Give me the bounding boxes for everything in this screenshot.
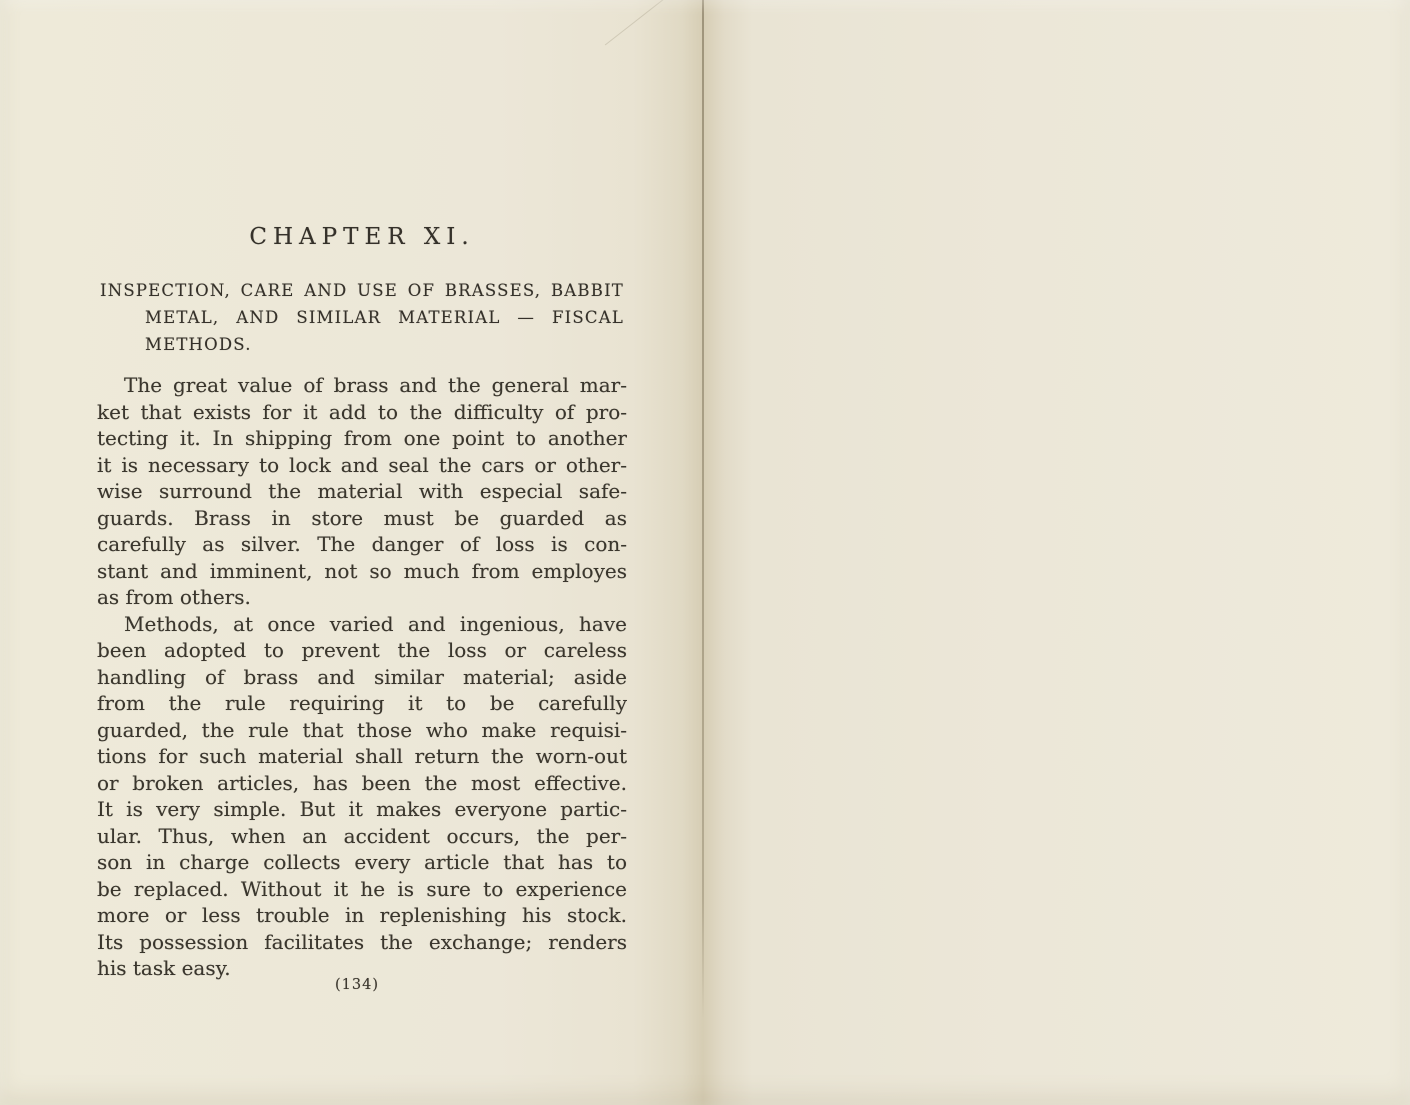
text-line: son in charge collects every article tha… [97, 849, 627, 876]
text-line: stant and imminent, not so much from emp… [97, 558, 627, 585]
section-title: INSPECTION, CARE AND USE OF BRASSES, BAB… [100, 277, 624, 358]
paragraph: The great value of brass and the general… [97, 372, 627, 611]
gutter-shadow [702, 0, 704, 1020]
section-title-line: METHODS. [100, 331, 624, 358]
text-line: wise surround the material with especial… [97, 478, 627, 505]
text-line: ket that exists for it add to the diffic… [97, 399, 627, 426]
text-line: more or less trouble in replenishing his… [97, 902, 627, 929]
text-line: It is very simple. But it makes everyone… [97, 796, 627, 823]
text-line: been adopted to prevent the loss or care… [97, 637, 627, 664]
text-line: from the rule requiring it to be careful… [97, 690, 627, 717]
text-line: carefully as silver. The danger of loss … [97, 531, 627, 558]
text-line: tions for such material shall return the… [97, 743, 627, 770]
text-line: be replaced. Without it he is sure to ex… [97, 876, 627, 903]
text-line: ular. Thus, when an accident occurs, the… [97, 823, 627, 850]
left-page-number: (134) [97, 977, 617, 993]
section-title-line: METAL, AND SIMILAR MATERIAL — FISCAL [100, 304, 624, 331]
text-line: Methods, at once varied and ingenious, h… [97, 611, 627, 638]
text-line: tecting it. In shipping from one point t… [97, 425, 627, 452]
text-line: The great value of brass and the general… [97, 372, 627, 399]
text-line: as from others. [97, 584, 627, 611]
book-spread: CHAPTER XI. INSPECTION, CARE AND USE OF … [0, 0, 1410, 1105]
chapter-heading: CHAPTER XI. [97, 224, 627, 250]
right-page: CARE AND USE OF BRASSES, ETC. 135 This s… [703, 0, 1410, 1105]
text-line: guarded, the rule that those who make re… [97, 717, 627, 744]
text-line: handling of brass and similar material; … [97, 664, 627, 691]
text-line: guards. Brass in store must be guarded a… [97, 505, 627, 532]
paragraph: Methods, at once varied and ingenious, h… [97, 611, 627, 982]
text-line: it is necessary to lock and seal the car… [97, 452, 627, 479]
left-page: CHAPTER XI. INSPECTION, CARE AND USE OF … [0, 0, 703, 1105]
left-page-body: The great value of brass and the general… [97, 372, 627, 982]
text-line: Its possession facilitates the exchange;… [97, 929, 627, 956]
section-title-line: INSPECTION, CARE AND USE OF BRASSES, BAB… [100, 277, 624, 304]
text-line: or broken articles, has been the most ef… [97, 770, 627, 797]
